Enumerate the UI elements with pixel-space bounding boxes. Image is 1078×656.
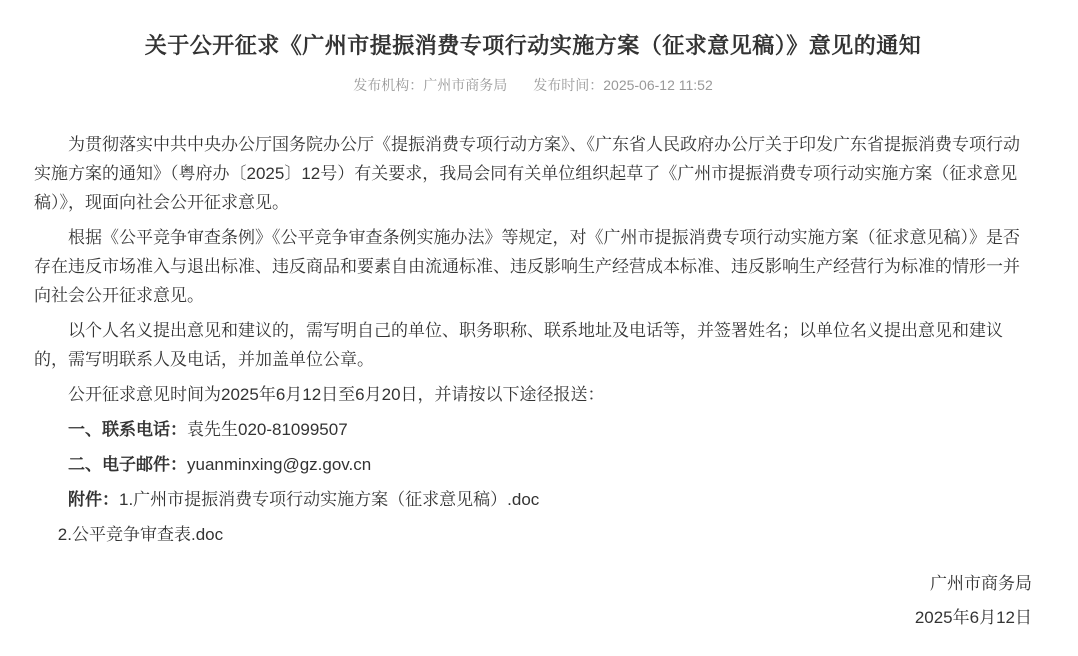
page-title: 关于公开征求《广州市提振消费专项行动实施方案（征求意见稿）》意见的通知 — [34, 30, 1032, 62]
publish-time-value: 2025-06-12 11:52 — [603, 77, 713, 93]
contact-email-line: 二、电子邮件：yuanminxing@gz.gov.cn — [34, 450, 1032, 479]
publisher-value: 广州市商务局 — [423, 77, 507, 93]
paragraph-time-window: 公开征求意见时间为2025年6月12日至6月20日，并请按以下途径报送： — [34, 380, 1032, 409]
contact-phone-line: 一、联系电话：袁先生020-81099507 — [34, 415, 1032, 444]
publisher-label: 发布机构： — [353, 77, 423, 93]
contact-email-value: yuanminxing@gz.gov.cn — [187, 455, 371, 474]
attachment-line-1: 附件：1.广州市提振消费专项行动实施方案（征求意见稿）.doc — [34, 485, 1032, 514]
attachment-doc-link-1[interactable]: 1.广州市提振消费专项行动实施方案（征求意见稿）.doc — [119, 490, 539, 509]
publish-time-label: 发布时间： — [533, 77, 603, 93]
attachment-doc-link-2[interactable]: 2.公平竞争审查表.doc — [58, 525, 223, 544]
signature-block: 广州市商务局 2025年6月12日 — [34, 567, 1032, 635]
paragraph-basis: 为贯彻落实中共中央办公厅国务院办公厅《提振消费专项行动方案》、《广东省人民政府办… — [34, 130, 1032, 217]
signature-date: 2025年6月12日 — [34, 601, 1032, 635]
contact-phone-value: 袁先生020-81099507 — [187, 420, 348, 439]
contact-email-label: 二、电子邮件： — [68, 455, 187, 474]
paragraph-fair-competition: 根据《公平竞争审查条例》《公平竞争审查条例实施办法》等规定，对《广州市提振消费专… — [34, 223, 1032, 310]
attachment-line-2: 2.公平竞争审查表.doc — [34, 520, 1032, 549]
attachments-label: 附件： — [68, 490, 119, 509]
signature-organization: 广州市商务局 — [34, 567, 1032, 601]
notice-body: 为贯彻落实中共中央办公厅国务院办公厅《提振消费专项行动方案》、《广东省人民政府办… — [34, 130, 1032, 635]
meta-bar: 发布机构：广州市商务局发布时间：2025-06-12 11:52 — [34, 75, 1032, 95]
document-page: 关于公开征求《广州市提振消费专项行动实施方案（征求意见稿）》意见的通知 发布机构… — [0, 0, 1078, 656]
paragraph-submission-requirements: 以个人名义提出意见和建议的，需写明自己的单位、职务职称、联系地址及电话等，并签署… — [34, 316, 1032, 374]
contact-phone-label: 一、联系电话： — [68, 420, 187, 439]
